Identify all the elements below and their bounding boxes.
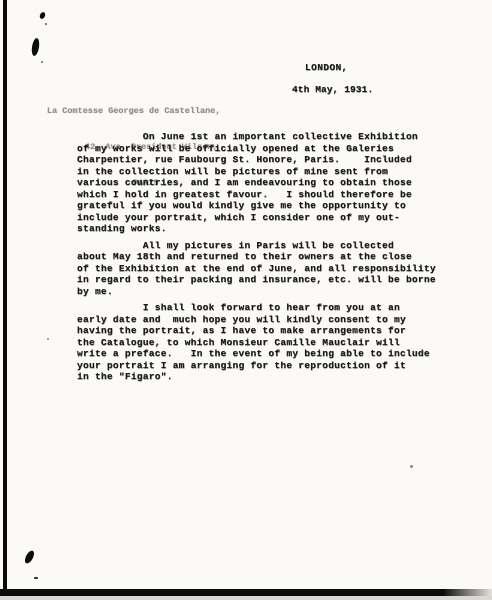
scan-edge-bottom-strip xyxy=(0,596,492,600)
ink-speck xyxy=(47,338,49,340)
paragraph-1: On June 1st an important collective Exhi… xyxy=(77,131,462,235)
ink-blot-bottom-left xyxy=(23,549,36,565)
ink-speck xyxy=(41,61,43,63)
letter-body: On June 1st an important collective Exhi… xyxy=(77,131,462,388)
ink-blot-top xyxy=(39,11,46,19)
ink-speck xyxy=(410,465,413,468)
date-line: 4th May, 1931. xyxy=(292,84,373,95)
ink-speck xyxy=(34,577,38,579)
scan-edge-bottom xyxy=(0,589,492,596)
paragraph-2: All my pictures in Paris will be collect… xyxy=(77,240,462,298)
city-line: LONDON, xyxy=(305,62,348,73)
ink-speck xyxy=(45,23,47,25)
scanned-letter-page: LONDON, 4th May, 1931. La Comtesse Georg… xyxy=(0,0,492,600)
ink-blot-upper-left xyxy=(31,38,41,57)
recipient-name: La Comtesse Georges de Castellane, xyxy=(47,105,220,117)
paragraph-3: I shall look forward to hear from you at… xyxy=(77,302,462,383)
scan-edge-left xyxy=(3,0,7,600)
